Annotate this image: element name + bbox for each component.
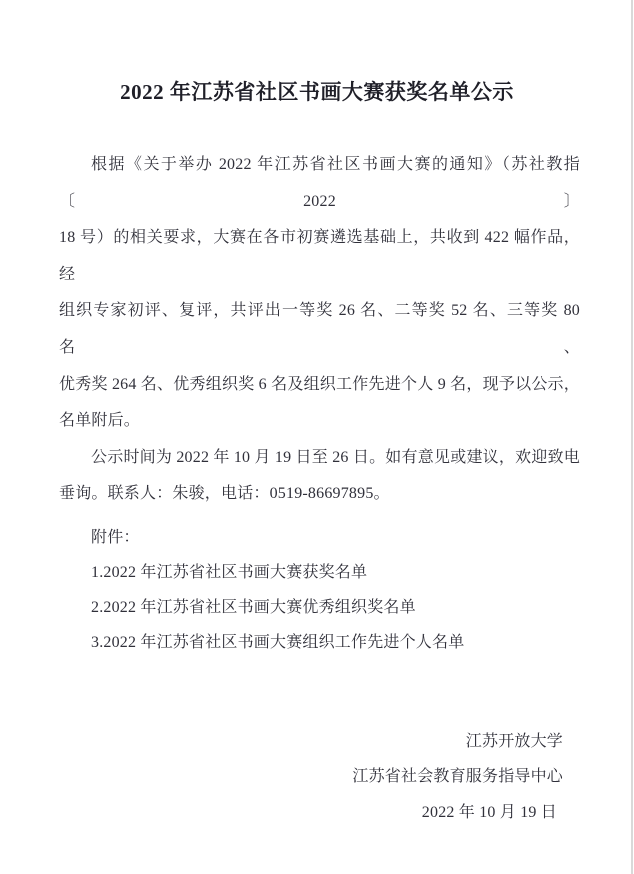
page-right-edge <box>631 0 633 874</box>
document-body: 根据《关于举办 2022 年江苏省社区书画大赛的通知》（苏社教指〔2022〕 1… <box>59 147 580 513</box>
paragraph2-line-2: 垂询。联系人：朱骏，电话：0519-86697895。 <box>59 476 580 513</box>
paragraph1-line-1: 根据《关于举办 2022 年江苏省社区书画大赛的通知》（苏社教指〔2022〕 <box>59 147 580 220</box>
paragraph1-line-2: 18 号）的相关要求，大赛在各市初赛遴选基础上，共收到 422 幅作品，经 <box>59 220 580 293</box>
paragraph1-line-4: 优秀奖 264 名、优秀组织奖 6 名及组织工作先进个人 9 名，现予以公示， <box>59 367 580 404</box>
document-page: 2022 年江苏省社区书画大赛获奖名单公示 根据《关于举办 2022 年江苏省社… <box>0 0 634 874</box>
attachments-section: 附件： 1.2022 年江苏省社区书画大赛获奖名单 2.2022 年江苏省社区书… <box>59 520 580 660</box>
attachment-item-2: 2.2022 年江苏省社区书画大赛优秀组织奖名单 <box>59 590 580 625</box>
attachment-item-3: 3.2022 年江苏省社区书画大赛组织工作先进个人名单 <box>59 625 580 660</box>
attachment-item-1: 1.2022 年江苏省社区书画大赛获奖名单 <box>59 555 580 590</box>
paragraph1-line-3: 组织专家初评、复评，共评出一等奖 26 名、二等奖 52 名、三等奖 80 名、 <box>59 293 580 366</box>
signature-date: 2022 年 10 月 19 日 <box>0 795 563 831</box>
paragraph1-line-5: 名单附后。 <box>59 403 580 440</box>
signature-org-1: 江苏开放大学 <box>0 724 563 760</box>
signature-org-2: 江苏省社会教育服务指导中心 <box>0 759 563 795</box>
paragraph2-line-1: 公示时间为 2022 年 10 月 19 日至 26 日。如有意见或建议，欢迎致… <box>59 440 580 477</box>
attachments-heading: 附件： <box>59 520 580 555</box>
document-title: 2022 年江苏省社区书画大赛获奖名单公示 <box>0 0 634 104</box>
signature-block: 江苏开放大学 江苏省社会教育服务指导中心 2022 年 10 月 19 日 <box>0 724 563 831</box>
